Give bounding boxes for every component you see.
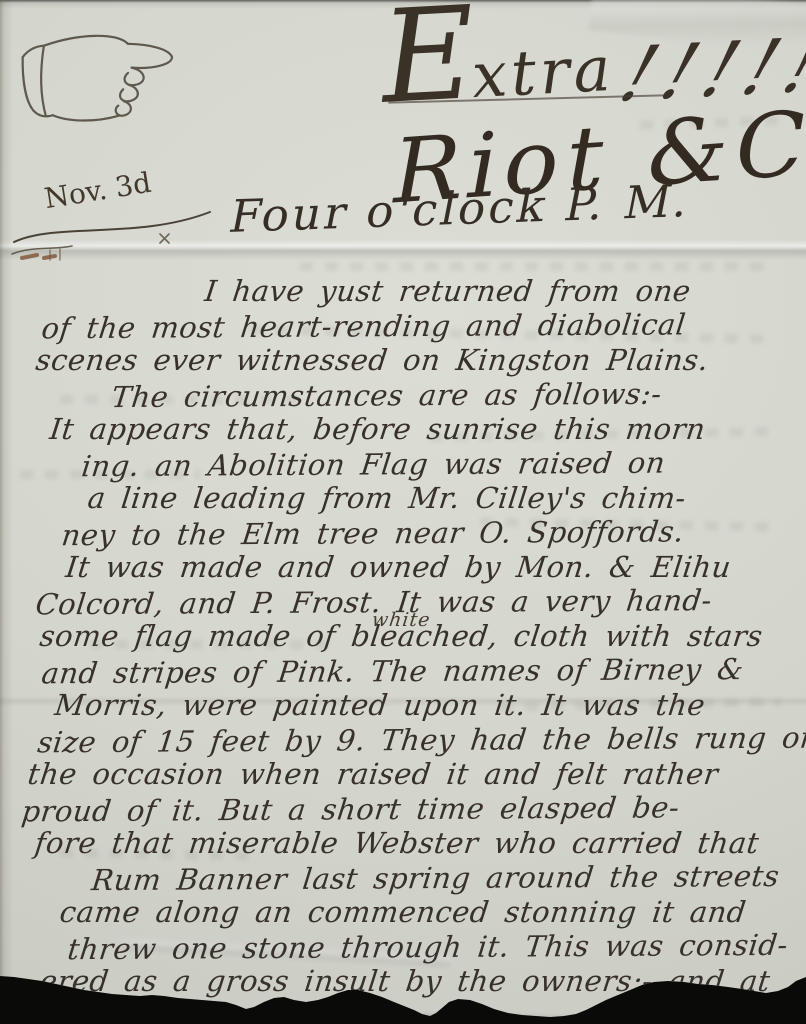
letter-line: scenes ever witnessed on Kingston Plains… [34,343,806,378]
letter-line: proud of it. But a short time elasped be… [20,789,806,828]
letter-line: Rum Banner last spring around the street… [90,858,806,897]
date-flourish [10,196,220,268]
letter-line: ered as a gross insult by the owners:- a… [38,964,806,999]
bleedthrough-mark [300,262,770,271]
letter-body: I have yust returned from one of the mos… [0,274,806,999]
paper-sheet: Extra !!!!!!!! Riot &C! Nov. 3d Four o'c… [0,0,806,1024]
letter-line: ney to the Elm tree near O. Spoffords. [60,513,806,552]
inserted-word: white [370,603,433,638]
letter-line: threw one stone through it. This was con… [66,927,806,966]
manicule-pointing-hand-icon [11,20,185,127]
letter-line: The circumstances are as follows:- [110,375,806,414]
time-line: Four o'clock P. M. [225,174,697,243]
letter-line: ing. an Abolition Flag was raised on [80,444,806,483]
letter-line: I have yust returned from one [203,274,806,309]
letter-line: of the most heart-rending and diabolical [40,306,806,345]
letter-line: the occasion when raised it and felt rat… [26,757,806,792]
letter-line: It was made and owned by Mon. & Elihu [64,550,806,585]
letter-scan: Extra !!!!!!!! Riot &C! Nov. 3d Four o'c… [0,0,806,1024]
letter-line: fore that miserable Webster who carried … [33,826,806,861]
letter-line: It appears that, before sunrise this mor… [48,412,806,447]
letter-line: white some flag made of bleached, cloth … [38,619,806,654]
letter-line: Morris, were painted upon it. It was the [53,688,806,723]
letter-line: came along an commenced stonning it and [58,895,806,930]
letter-line: a line leading from Mr. Cilley's chim- [86,481,806,516]
letter-line: size of 15 feet by 9. They had the bells… [36,720,806,759]
letter-line: and stripes of Pink. The names of Birney… [40,651,806,690]
